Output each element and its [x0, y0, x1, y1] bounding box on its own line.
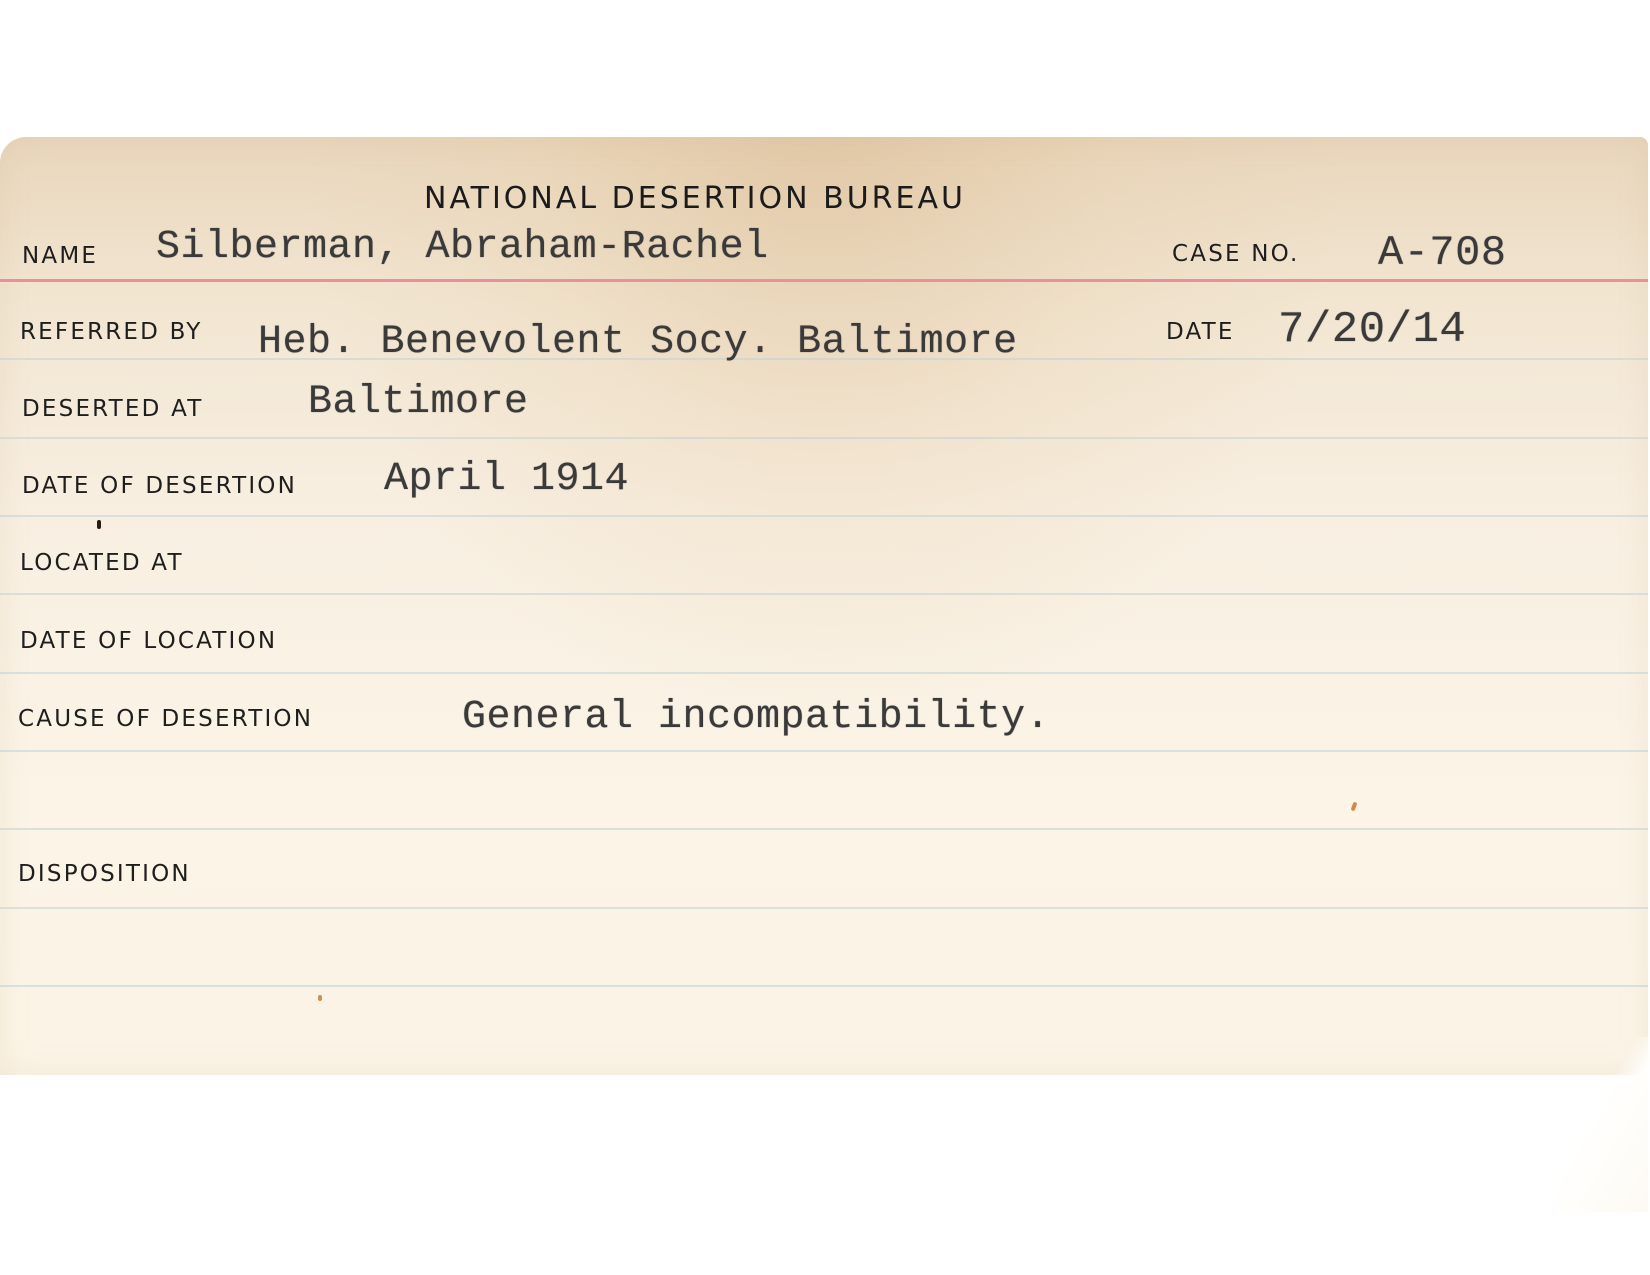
ruled-line [0, 907, 1648, 909]
deserted-at-value: Baltimore [308, 380, 529, 425]
ruled-line [0, 828, 1648, 830]
referred-by-label: REFERRED BY [20, 319, 203, 345]
disposition-label: DISPOSITION [18, 861, 191, 887]
name-label: NAME [22, 243, 98, 269]
cause-of-desertion-value: General incompatibility. [462, 695, 1050, 740]
located-at-label: LOCATED AT [20, 550, 184, 576]
ink-speck [1351, 802, 1358, 812]
case-no-label: CASE NO. [1172, 241, 1300, 267]
referred-by-value: Heb. Benevolent Socy. Baltimore [258, 320, 1018, 365]
ruled-line [0, 437, 1648, 439]
torn-corner [1558, 1037, 1648, 1212]
name-value: Silberman, Abraham-Rachel [156, 225, 769, 270]
ruled-line [0, 515, 1648, 517]
red-header-rule [0, 279, 1648, 282]
card-title: NATIONAL DESERTION BUREAU [424, 181, 966, 216]
ruled-line [0, 985, 1648, 987]
deserted-at-label: DESERTED AT [22, 396, 203, 422]
ink-speck [318, 995, 322, 1001]
case-no-label-main: CASE N [1172, 241, 1271, 267]
date-label: DATE [1166, 319, 1235, 345]
index-card: NATIONAL DESERTION BUREAU NAME Silberman… [0, 137, 1648, 1075]
ruled-line [0, 750, 1648, 752]
date-of-location-label: DATE OF LOCATION [20, 628, 277, 654]
date-of-desertion-value: April 1914 [384, 457, 629, 502]
case-no-label-suffix: O. [1271, 241, 1300, 267]
case-no-value: A-708 [1378, 229, 1507, 277]
date-of-desertion-label: DATE OF DESERTION [22, 473, 297, 499]
date-value: 7/20/14 [1278, 305, 1466, 355]
ruled-line [0, 593, 1648, 595]
cause-of-desertion-label: CAUSE OF DESERTION [18, 706, 313, 732]
ink-speck [97, 520, 101, 529]
ruled-line [0, 672, 1648, 674]
